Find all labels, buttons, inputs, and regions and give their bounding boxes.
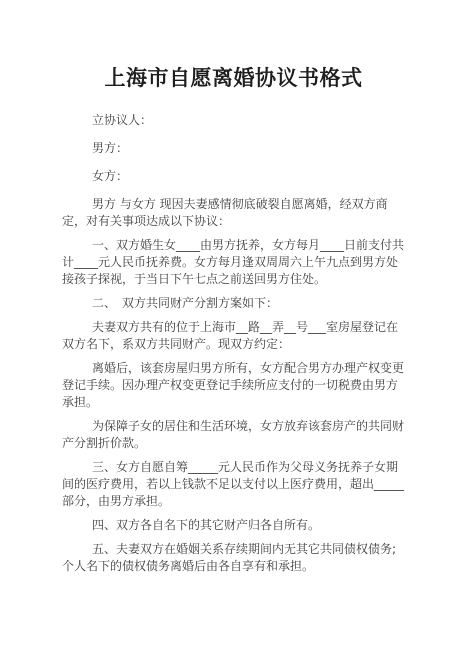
clause-3-medical-expenses: 三、女方自愿自筹_____元人民币作为父母义务抚养子女期间的医疗费用，若以上钱款… [62,459,405,510]
clause-2-house-description: 夫妻双方共有的位于上海市__路__弄__号___室房屋登记在双方名下，系双方共同… [62,319,405,353]
clause-2-heading: 二、 双方共同财产分割方案如下： [62,295,405,312]
clause-5-debts: 五、夫妻双方在婚姻关系存续期间内无其它共同债权债务;个人名下的债权债务离婚后由各… [62,541,405,575]
clause-1-custody: 一、双方婚生女____由男方抚养，女方每月____日前支付共计____元人民币抚… [62,237,405,288]
party-line-wife: 女方： [62,168,405,185]
clause-2-compensation-waiver: 为保障子女的居住和生活环境，女方放弃该套房产的共同财产分割折价款。 [62,418,405,452]
document-title: 上海市自愿离婚协议书格式 [62,64,405,92]
preamble-paragraph: 男方 与女方 现因夫妻感情彻底破裂自愿离婚，经双方商定，对有关事项达成以下协议： [62,196,405,230]
party-line-husband: 男方： [62,140,405,157]
party-line-heading: 立协议人： [62,112,405,129]
clause-2-house-ownership: 离婚后，该套房屋归男方所有，女方配合男方办理产权变更登记手续。因办理产权变更登记… [62,360,405,411]
document-page: 上海市自愿离婚协议书格式 立协议人： 男方： 女方： 男方 与女方 现因夫妻感情… [0,0,463,655]
clause-4-other-property: 四、双方各自名下的其它财产归各自所有。 [62,517,405,534]
